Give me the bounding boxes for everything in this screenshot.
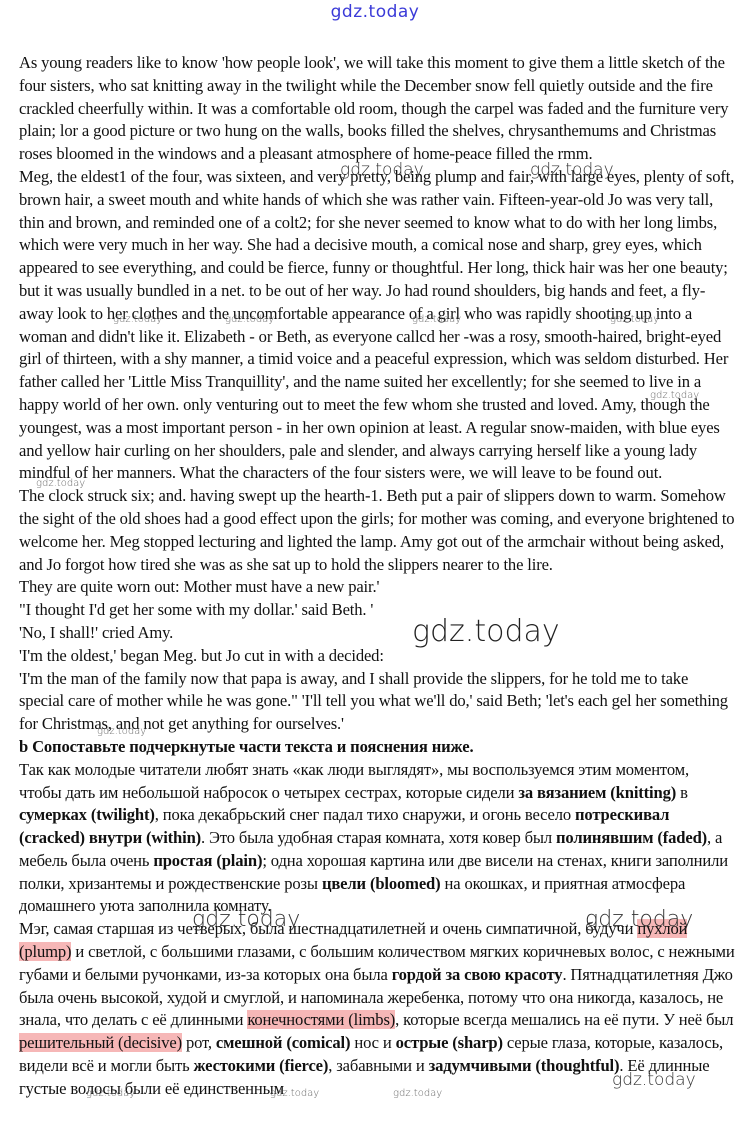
english-line-4: They are quite worn out: Mother must hav…: [19, 576, 735, 599]
term-plain: простая (plain): [153, 851, 262, 870]
text: , пока декабрьский снег падал тихо снару…: [155, 805, 575, 824]
text: Мэг, самая старшая из четверых, была шес…: [19, 919, 637, 938]
term-proud-of-beauty: гордой за свою красоту: [392, 965, 563, 984]
term-twilight: сумерках (twilight): [19, 805, 155, 824]
task-title: b Сопоставьте подчеркнутые части текста …: [19, 736, 735, 759]
text: нос и: [350, 1033, 395, 1052]
term-fierce: жестокими (fierce): [194, 1056, 329, 1075]
english-line-5: "I thought I'd get her some with my doll…: [19, 599, 735, 622]
text: , забавными и: [328, 1056, 428, 1075]
english-paragraph-8: 'I'm the man of the family now that papa…: [19, 668, 735, 736]
term-faded: полинявшим (faded): [556, 828, 707, 847]
term-bloomed: цвели (bloomed): [322, 874, 441, 893]
english-line-7: 'I'm the oldest,' began Meg. but Jo cut …: [19, 645, 735, 668]
text: рот,: [182, 1033, 216, 1052]
term-within: внутри (within): [89, 828, 201, 847]
english-paragraph-2: Meg, the eldest1 of the four, was sixtee…: [19, 166, 735, 485]
russian-paragraph-2: Мэг, самая старшая из четверых, была шес…: [19, 918, 735, 1100]
highlight-decisive: решительный (decisive): [19, 1033, 182, 1052]
site-watermark-header: gdz.today: [0, 2, 750, 22]
term-sharp: острые (sharp): [396, 1033, 503, 1052]
text: , которые всегда мешались на её пути. У …: [395, 1010, 733, 1029]
term-thoughtful: задумчивыми (thoughtful): [429, 1056, 620, 1075]
english-paragraph-1: As young readers like to know 'how peopl…: [19, 52, 735, 166]
term-comical: смешной (comical): [216, 1033, 350, 1052]
term-knitting: за вязанием (knitting): [518, 783, 676, 802]
highlight-limbs: конечностями (limbs): [247, 1010, 395, 1029]
document-body: As young readers like to know 'how peopl…: [19, 52, 735, 1101]
english-line-6: 'No, I shall!' cried Amy.: [19, 622, 735, 645]
english-paragraph-3: The clock struck six; and. having swept …: [19, 485, 735, 576]
text: . Это была удобная старая комната, хотя …: [201, 828, 556, 847]
russian-paragraph-1: Так как молодые читатели любят знать «ка…: [19, 759, 735, 919]
text: в: [676, 783, 688, 802]
